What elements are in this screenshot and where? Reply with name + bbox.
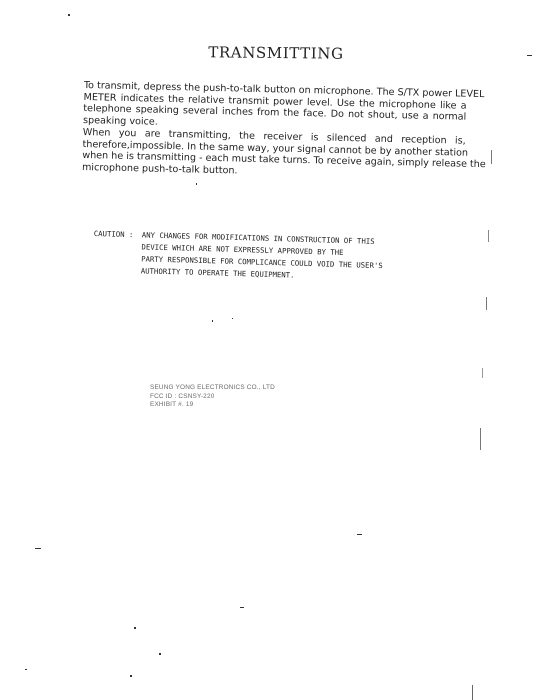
page-title: TRANSMITTING <box>0 41 554 65</box>
fcc-id: FCC ID : CSNSY-220 <box>150 393 275 402</box>
caution-notice: CAUTION : ANY CHANGES FOR MODIFICATIONS … <box>94 228 414 237</box>
scan-edge-line <box>486 297 487 310</box>
scan-speck <box>35 548 41 549</box>
paragraph-receiver-behavior: When you are transmitting, the receiver … <box>82 127 466 182</box>
scan-speck <box>240 607 244 608</box>
scan-speck <box>232 318 233 319</box>
scan-speck <box>68 14 70 16</box>
scan-speck <box>130 675 132 677</box>
caution-label: CAUTION : <box>94 228 134 241</box>
scan-speck <box>527 55 532 56</box>
scan-speck <box>25 669 27 670</box>
scan-speck <box>159 653 161 655</box>
scan-edge-line <box>482 368 483 378</box>
scan-speck <box>212 320 213 322</box>
paragraph-transmit-instructions: To transmit, depress the push-to-talk bu… <box>83 80 467 135</box>
exhibit-footer: SEUNG YONG ELECTRONICS CO., LTD FCC ID :… <box>150 384 275 410</box>
body-text: To transmit, depress the push-to-talk bu… <box>82 80 467 182</box>
scan-edge-line <box>480 428 481 450</box>
scan-speck <box>134 627 136 629</box>
exhibit-number: EXHIBIT #. 19 <box>150 401 275 410</box>
scan-edge-line <box>488 230 489 242</box>
scan-edge-line <box>472 685 473 700</box>
caution-text: ANY CHANGES FOR MODIFICATIONS IN CONSTRU… <box>141 229 442 285</box>
company-name: SEUNG YONG ELECTRONICS CO., LTD <box>150 384 275 393</box>
scan-speck <box>357 534 362 535</box>
scan-edge-line <box>491 150 492 164</box>
scan-speck <box>196 183 197 185</box>
